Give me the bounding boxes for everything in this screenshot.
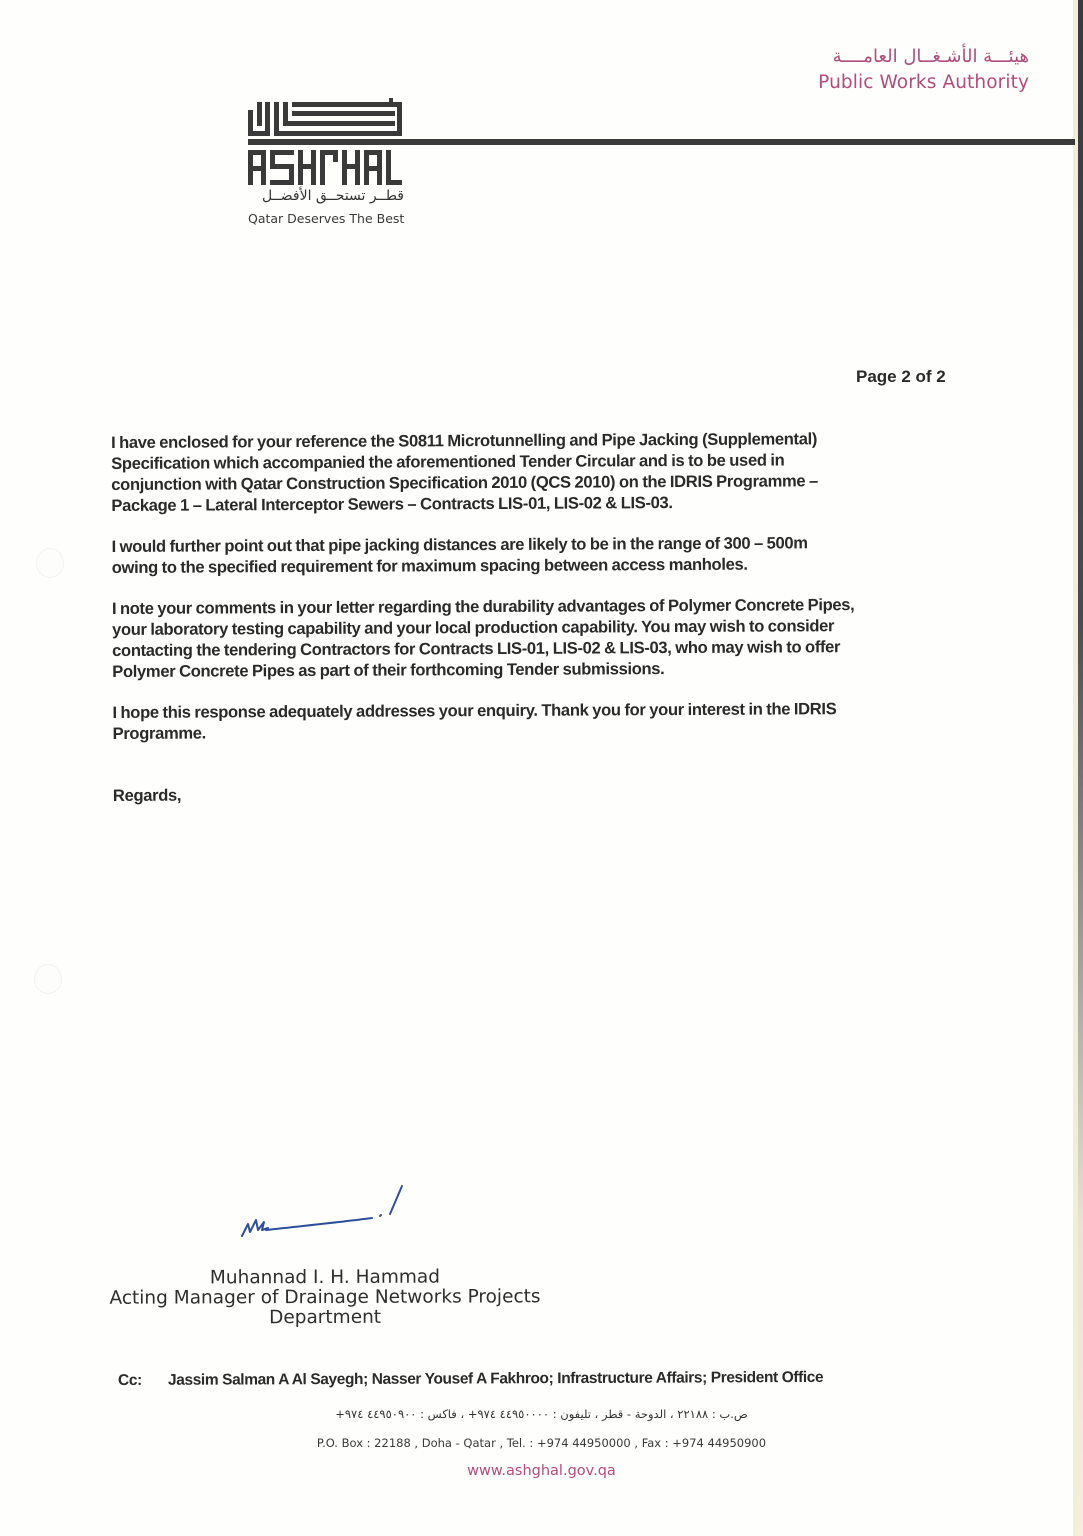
signatory-block: Muhannad I. H. Hammad Acting Manager of … [70,1267,580,1329]
authority-header: هيئـــة الأشـغــال العامــــة Public Wor… [818,44,1029,96]
authority-name-english: Public Works Authority [818,70,1029,96]
signatory-title: Acting Manager of Drainage Networks Proj… [70,1287,580,1309]
header-rule [248,139,1075,145]
footer-address-arabic: ص.ب : ٢٢١٨٨ ، الدوحة - قطر ، تليفون : ٤٤… [0,1407,1083,1421]
punch-hole [34,964,62,994]
cc-line: Cc:Jassim Salman A Al Sayegh; Nasser You… [118,1369,823,1390]
cc-label: Cc: [118,1372,168,1390]
paragraph: I hope this response adequately addresse… [112,698,962,744]
cc-recipients: Jassim Salman A Al Sayegh; Nasser Yousef… [168,1369,823,1389]
handwritten-signature-icon [232,1180,412,1250]
footer-address: P.O. Box : 22188 , Doha - Qatar , Tel. :… [0,1436,1083,1450]
logo-tagline-arabic: قطــر تستحــق الأفضــل [248,188,404,204]
website-link[interactable]: www.ashghal.gov.qa [0,1463,1083,1479]
punch-hole [36,548,64,578]
page-number: Page 2 of 2 [856,367,946,387]
letter-body: I have enclosed for your reference the S… [111,428,963,826]
paragraph: I have enclosed for your reference the S… [111,428,961,516]
authority-name-arabic: هيئـــة الأشـغــال العامــــة [818,44,1029,70]
letter-page: هيئـــة الأشـغــال العامــــة Public Wor… [0,0,1083,1536]
paragraph: I would further point out that pipe jack… [112,532,962,578]
scan-border [1078,0,1083,1536]
closing: Regards, [113,781,963,806]
paragraph: I note your comments in your letter rega… [112,594,962,682]
signatory-department: Department [70,1307,580,1329]
logo-tagline: Qatar Deserves The Best [248,211,404,226]
